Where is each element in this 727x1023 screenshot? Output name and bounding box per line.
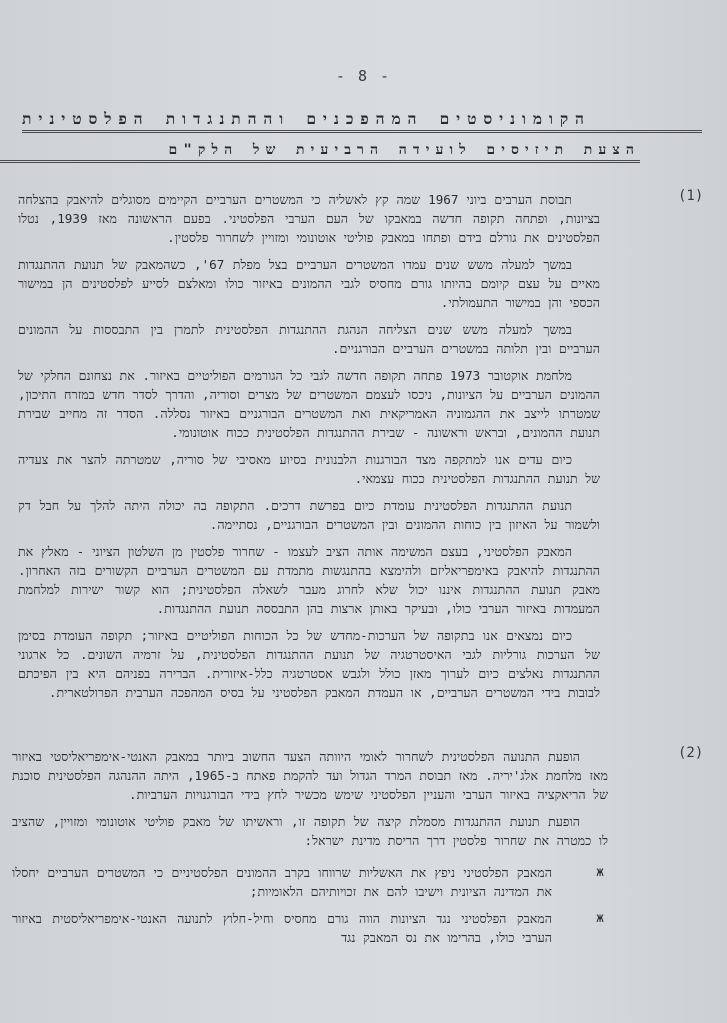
paragraph: תנועת ההתנגדות הפלסטינית עומדת כיום בפרש… [18, 496, 600, 534]
paragraph: במשך למעלה משש שנים עמדו המשטרים הערביים… [18, 255, 600, 312]
bullet-item: ж המאבק הפלסטיני נגד הציונות הווה גורם מ… [12, 909, 552, 947]
section-body: הופעת התנועה הפלסטינית לשחרור לאומי היוו… [12, 747, 608, 858]
paragraph: תבוסת הערבים ביוני 1967 שמה קץ לאשליה כי… [18, 190, 600, 247]
document-title: הקומוניסטים המהפכנים וההתנגדות הפלסטינית [22, 110, 702, 133]
page-number: - 8 - [0, 67, 727, 85]
document-subtitle: הצעת תיזיסים לועידה הרביעית של הלק"ם [0, 142, 640, 163]
bullet-marker-icon: ж [596, 863, 604, 882]
paragraph: המאבק הפלסטיני, בעצם המשימה אותה הציב לע… [18, 542, 600, 618]
paragraph: הופעת התנועה הפלסטינית לשחרור לאומי היוו… [12, 747, 608, 804]
paragraph: במשך למעלה משש שנים הצליחה הנהגת ההתנגדו… [18, 320, 600, 358]
bullet-marker-icon: ж [596, 909, 604, 928]
bullet-text: המאבק הפלסטיני ניפץ את האשליות שרווחו בק… [12, 863, 552, 901]
section-body: תבוסת הערבים ביוני 1967 שמה קץ לאשליה כי… [18, 190, 600, 710]
paragraph: כיום עדים אנו למתקפה מצד הבורגנות הלבנונ… [18, 450, 600, 488]
bullet-list: ж המאבק הפלסטיני ניפץ את האשליות שרווחו … [12, 863, 552, 955]
bullet-item: ж המאבק הפלסטיני ניפץ את האשליות שרווחו … [12, 863, 552, 901]
paragraph: הופעת תנועת ההתנגדות מסמלת קיצה של תקופה… [12, 812, 608, 850]
section-number: (1) [678, 188, 703, 204]
paragraph: כיום נמצאים אנו בתקופה של הערכות-מחדש של… [18, 626, 600, 702]
section-number: (2) [678, 745, 703, 761]
paragraph: מלחמת אוקטובר 1973 פתחה תקופה חדשה לגבי … [18, 366, 600, 442]
bullet-text: המאבק הפלסטיני נגד הציונות הווה גורם מחס… [12, 909, 552, 947]
